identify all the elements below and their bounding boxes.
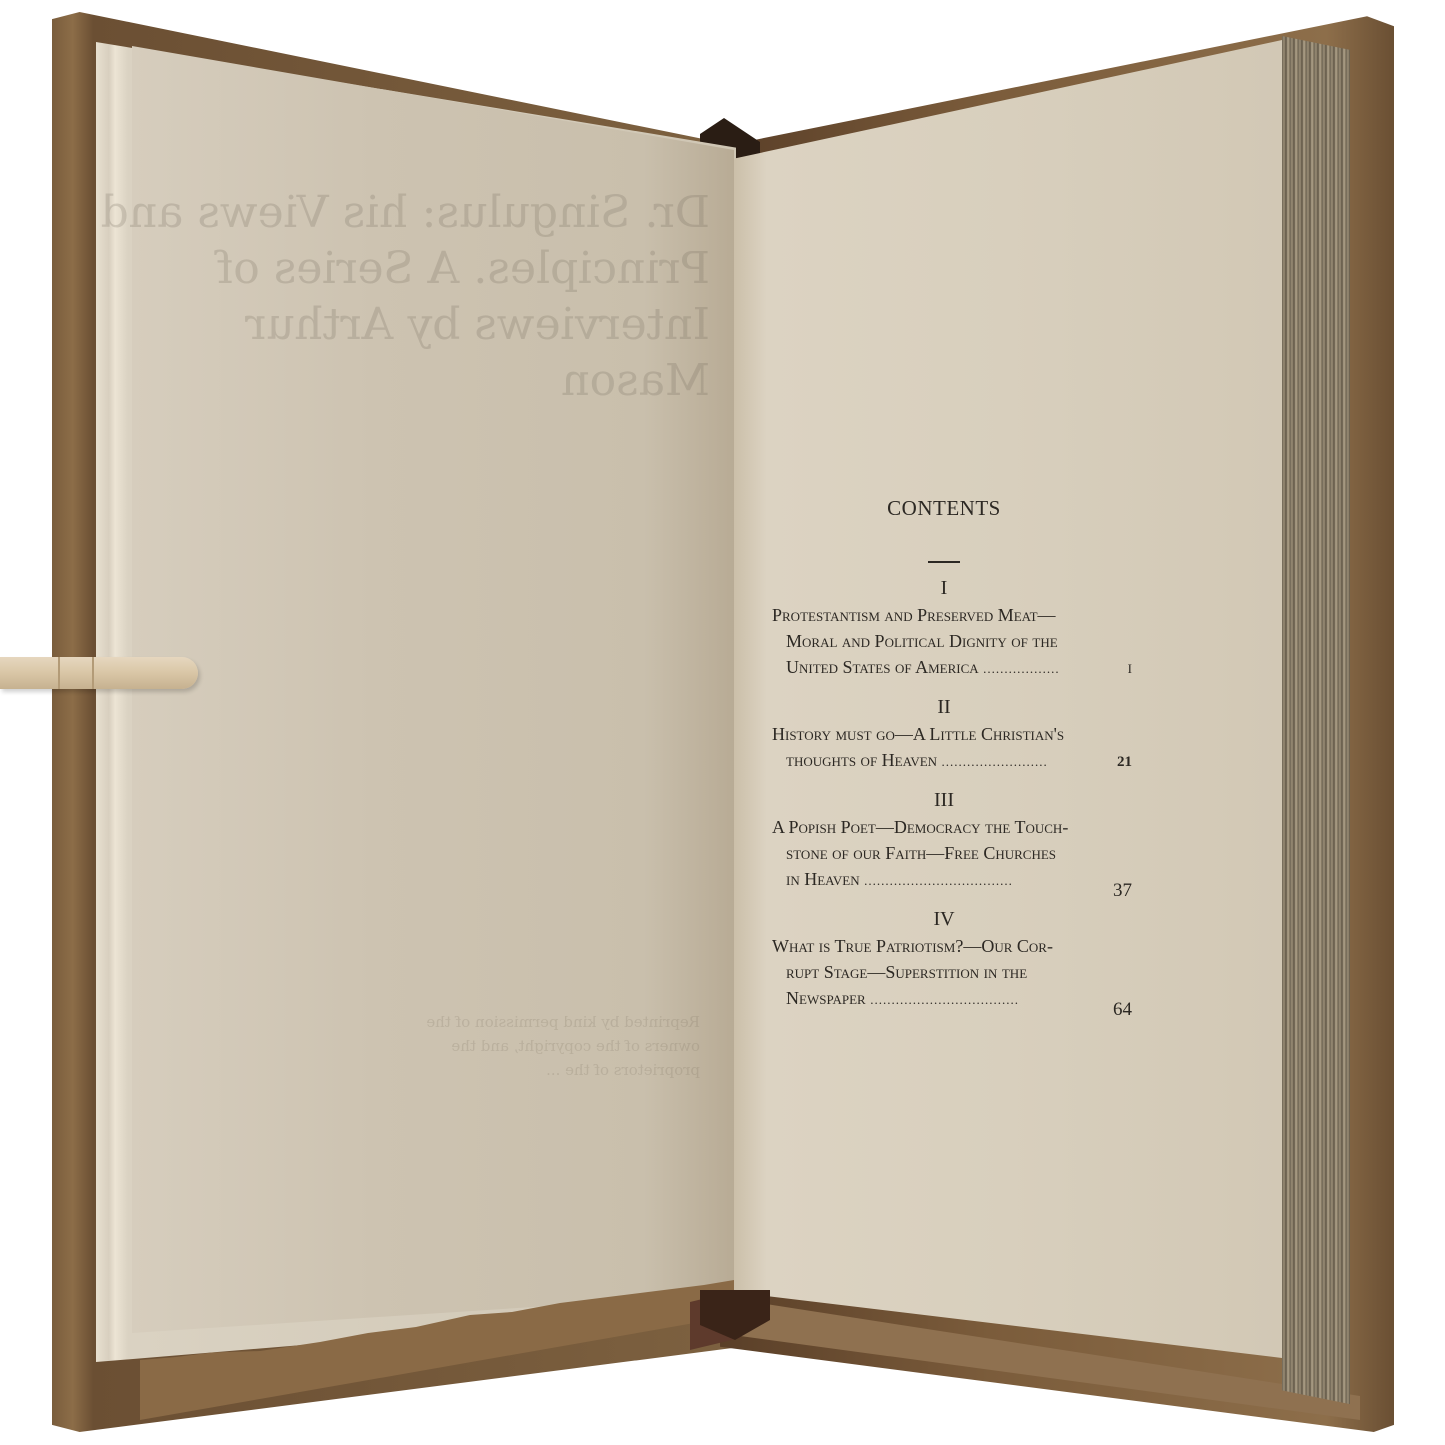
chapter-entry: III A Popish Poet—Democracy the Touch- s…	[772, 789, 1132, 894]
chapter-title-line: thoughts of Heaven	[786, 750, 937, 770]
chapter-title-line: A Popish Poet—Democracy the Touch-	[772, 817, 1068, 837]
chapter-title-line: rupt Stage—Superstition in the	[772, 959, 1097, 985]
chapter-title-line: Moral and Political Dignity of the	[772, 628, 1097, 654]
chapter-entry: I Protestantism and Preserved Meat— Mora…	[772, 577, 1132, 682]
chapter-page-number: I	[1097, 656, 1132, 682]
dot-leader: ...................................	[870, 992, 1019, 1007]
chapter-numeral: III	[764, 789, 1124, 812]
peg-groove	[92, 657, 94, 689]
chapter-entry: II History must go—A Little Christian's …	[772, 696, 1132, 775]
chapter-title-line: in Heaven	[786, 869, 860, 889]
right-page-fore-edge	[1282, 36, 1350, 1418]
left-page-show-through-text: Dr. Singulus: his Views and Principles. …	[270, 185, 710, 409]
chapter-numeral: IV	[764, 908, 1124, 931]
contents-section: CONTENTS I Protestantism and Preserved M…	[772, 496, 1132, 1013]
book-photo: Dr. Singulus: his Views and Principles. …	[0, 0, 1445, 1445]
chapter-title: Protestantism and Preserved Meat— Moral …	[772, 602, 1097, 682]
chapter-title: A Popish Poet—Democracy the Touch- stone…	[772, 814, 1097, 894]
dot-leader: .........................	[942, 754, 1048, 769]
chapter-title-line: History must go—A Little Christian's	[772, 724, 1064, 744]
chapter-title-line: Newspaper	[786, 988, 866, 1008]
chapter-title-line: Protestantism and Preserved Meat—	[772, 605, 1056, 625]
title-rule	[928, 561, 960, 563]
chapter-numeral: I	[764, 577, 1124, 600]
chapter-entry: IV What is True Patriotism?—Our Cor- rup…	[772, 908, 1132, 1013]
left-page-show-through-small-text: Reprinted by kind permission of the owne…	[260, 1010, 700, 1082]
dot-leader: ...................................	[864, 873, 1013, 888]
chapter-title-line: United States of America	[786, 657, 979, 677]
chapter-page-number: 21	[1097, 749, 1132, 775]
chapter-page-number: 37	[1097, 878, 1132, 904]
chapter-numeral: II	[764, 696, 1124, 719]
contents-title: CONTENTS	[756, 496, 1132, 521]
peg-groove	[58, 657, 60, 689]
chapter-page-number: 64	[1097, 997, 1132, 1023]
wooden-bookmark-peg	[0, 657, 198, 689]
chapter-title: What is True Patriotism?—Our Cor- rupt S…	[772, 933, 1097, 1013]
chapter-title: History must go—A Little Christian's tho…	[772, 721, 1097, 775]
dot-leader: ..................	[983, 661, 1060, 676]
chapter-title-line: stone of our Faith—Free Churches	[772, 840, 1097, 866]
chapter-title-line: What is True Patriotism?—Our Cor-	[772, 936, 1053, 956]
